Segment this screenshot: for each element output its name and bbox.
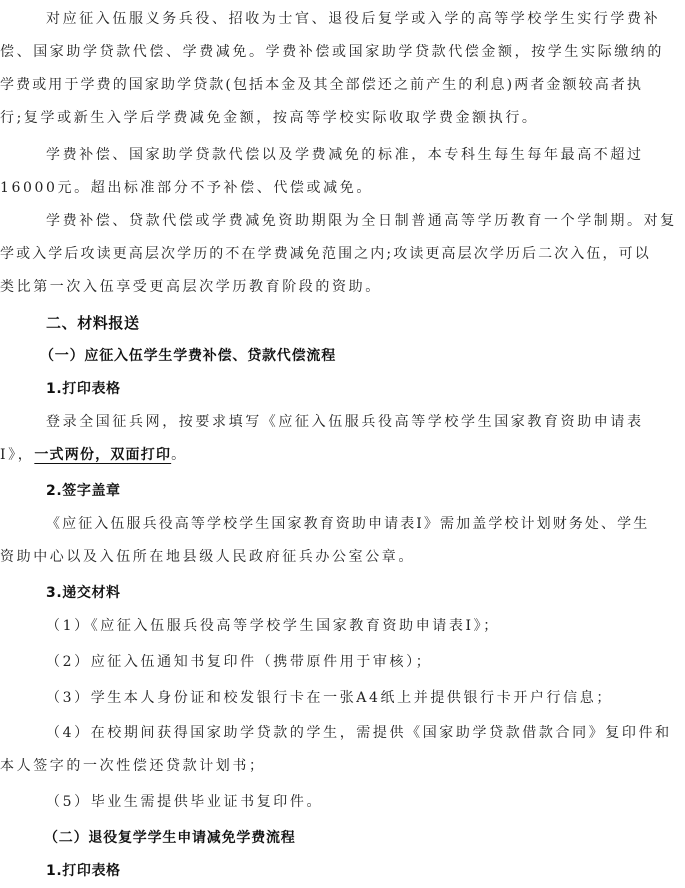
step-heading-print-form: 1.打印表格 — [46, 373, 121, 406]
paragraph-3-line-2: 学或入学后攻读更高层次学历的不在学费减免范围之内;攻读更高层次学历后二次入伍，可… — [0, 238, 651, 271]
paragraph-2-line-2: 16000元。超出标准部分不予补偿、代偿或减免。 — [0, 172, 373, 205]
materials-item-2: （2）应征入伍通知书复印件（携带原件用于审核）； — [46, 646, 432, 679]
step-1-line-2-suffix: 。 — [171, 447, 188, 463]
step-heading-print-form-2: 1.打印表格 — [46, 855, 121, 888]
step-1-line-1: 登录全国征兵网，按要求填写《应征入伍服兵役高等学校学生国家教育资助申请表 — [46, 406, 644, 439]
materials-item-4: （4）在校期间获得国家助学贷款的学生，需提供《国家助学贷款借款合同》复印件和 — [46, 717, 672, 750]
step-heading-submit-materials: 3.递交材料 — [46, 577, 121, 610]
paragraph-1-line-3: 学费或用于学费的国家助学贷款(包括本金及其全部偿还之前产生的利息)两者金额较高者… — [0, 69, 643, 102]
materials-item-5: （5）毕业生需提供毕业证书复印件。 — [46, 786, 323, 819]
paragraph-1-line-4: 行;复学或新生入学后学费减免金额，按高等学校实际收取学费金额执行。 — [0, 102, 539, 135]
section-heading-materials: 二、材料报送 — [46, 307, 140, 340]
subsection-heading-enlisted: （一）应征入伍学生学费补偿、贷款代偿流程 — [40, 340, 336, 373]
step-1-line-2-prefix: Ⅰ》， — [0, 447, 34, 463]
step-2-line-1: 《应征入伍服兵役高等学校学生国家教育资助申请表Ⅰ》需加盖学校计划财务处、学生 — [46, 508, 649, 541]
step-heading-sign-seal: 2.签字盖章 — [46, 475, 121, 508]
step-2-line-2: 资助中心以及入伍所在地县级人民政府征兵办公室公章。 — [0, 541, 415, 574]
paragraph-1-line-1: 对应征入伍服义务兵役、招收为士官、退役后复学或入学的高等学校学生实行学费补 — [46, 3, 660, 36]
paragraph-1-line-2: 偿、国家助学贷款代偿、学费减免。学费补偿或国家助学贷款代偿金额，按学生实际缴纳的 — [0, 36, 664, 69]
step-1-line-2: Ⅰ》，一式两份，双面打印。 — [0, 439, 188, 472]
subsection-heading-retired: （二）退役复学学生申请减免学费流程 — [44, 822, 296, 855]
materials-item-1: （1）《应征入伍服兵役高等学校学生国家教育资助申请表Ⅰ》； — [46, 610, 500, 643]
paragraph-2-line-1: 学费补偿、国家助学贷款代偿以及学费减免的标准，本专科生每生每年最高不超过 — [46, 139, 644, 172]
paragraph-3-line-1: 学费补偿、贷款代偿或学费减免资助期限为全日制普通高等学历教育一个学制期。对复 — [46, 205, 677, 238]
paragraph-3-line-3: 类比第一次入伍享受更高层次学历教育阶段的资助。 — [0, 271, 382, 304]
materials-item-4-cont: 本人签字的一次性偿还贷款计划书； — [0, 750, 266, 783]
step-1-emphasis: 一式两份，双面打印 — [34, 447, 171, 463]
materials-item-3: （3）学生本人身份证和校发银行卡在一张A4纸上并提供银行卡开户行信息； — [46, 682, 613, 715]
